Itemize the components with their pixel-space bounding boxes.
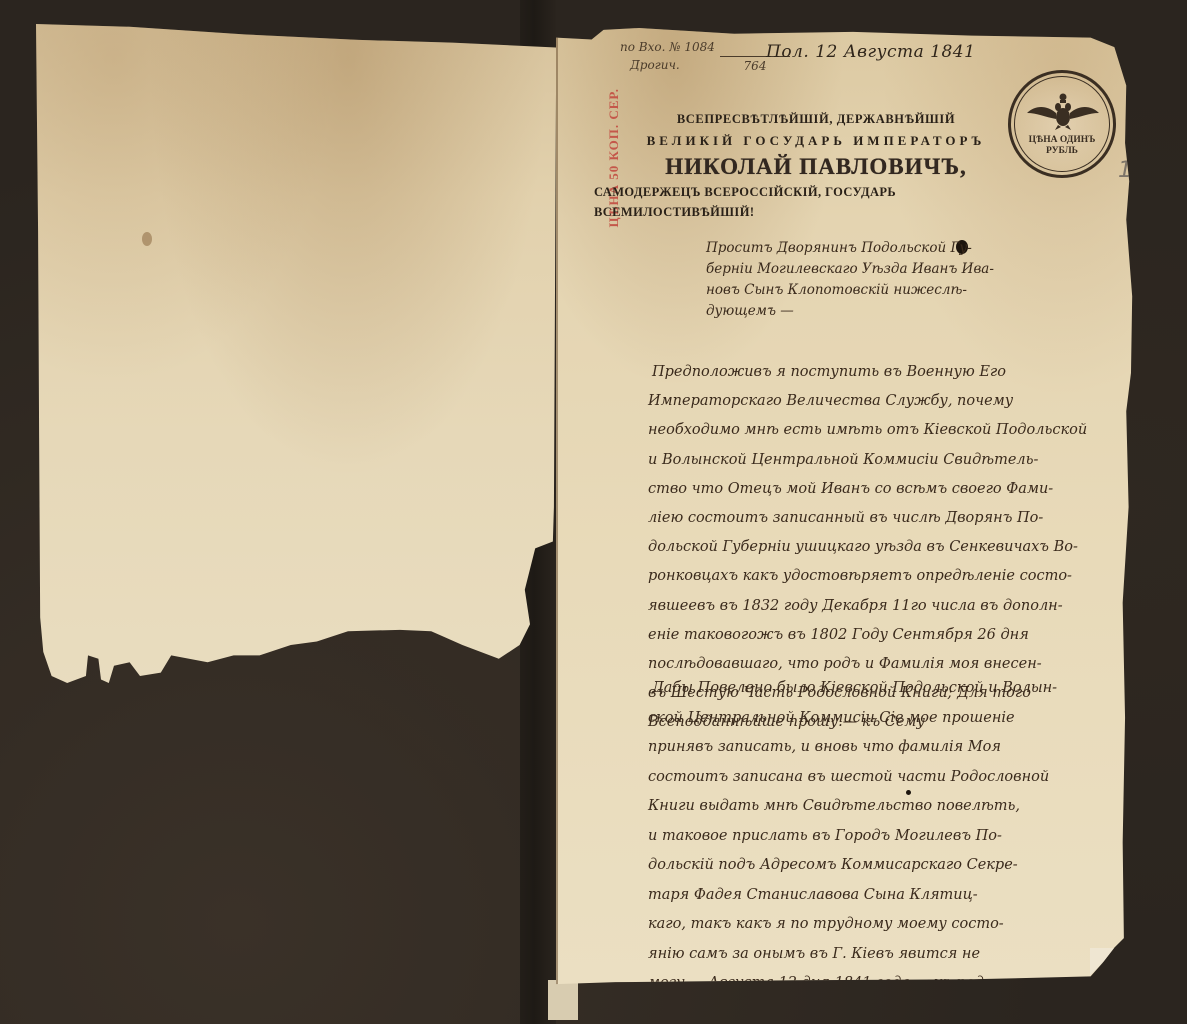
registry-note: по Вхо. № 1084 Дрогич. 764 — [620, 38, 715, 74]
petition-line: каго, такъ какъ я по трудному моему сост… — [648, 910, 1061, 940]
petition-line: принявъ записать, и вновь что фамилія Мо… — [648, 733, 1061, 763]
header-title-line2: ВЕЛИКІЙ ГОСУДАРЬ ИМПЕРАТОРЪ — [596, 130, 1036, 152]
registry-note-line2: Дрогич. — [620, 56, 715, 74]
petition-line: ской Центральной Коммисіи Сіе мое прошен… — [648, 704, 1061, 734]
petition-line: ство что Отецъ мой Иванъ со всѣмъ своего… — [648, 475, 1087, 504]
petition-paragraph-2: Дабы Повелено было Кіевской Подольской и… — [648, 674, 1061, 999]
addressee-block: Проситъ Дворянинъ Подольской Гу- берніи … — [706, 238, 994, 322]
received-date-note: Пол. 12 Августа 1841 — [766, 42, 975, 62]
petition-line: дольской Губерніи ушицкаго уѣзда въ Сенк… — [648, 533, 1087, 562]
inner-page-fold — [548, 980, 578, 1020]
seal-text-line1: ЦѢНА ОДИНЪ — [1011, 135, 1113, 146]
header-title-line4: САМОДЕРЖЕЦЪ ВСЕРОССІЙСКІЙ, ГОСУДАРЬ ВСЕМ… — [594, 182, 1054, 222]
seal-text: ЦѢНА ОДИНЪ РУБЛЬ — [1011, 135, 1113, 157]
petition-line: дольскій подъ Адресомъ Коммисарскаго Сек… — [648, 851, 1061, 881]
paper-stain — [142, 232, 152, 246]
petition-line: Книги выдать мнѣ Свидѣтельство повелѣть, — [648, 792, 1061, 822]
header-title-line1: ВСЕПРЕСВѢТЛѢЙШІЙ, ДЕРЖАВНѢЙШІЙ — [596, 108, 1036, 130]
left-page-blank — [36, 24, 556, 714]
petition-line: явшеевъ въ 1832 году Декабря 11го числа … — [648, 592, 1087, 621]
petition-line: ронковцахъ какъ удостовѣряетъ опредѣлені… — [648, 562, 1087, 591]
petition-line: Дабы Повелено было Кіевской Подольской и… — [648, 674, 1061, 704]
petition-line: ліею состоитъ записанный въ числѣ Дворян… — [648, 504, 1087, 533]
double-headed-eagle-icon — [1025, 91, 1101, 131]
seal-text-line2: РУБЛЬ — [1011, 146, 1113, 157]
petition-line: Императорскаго Величества Службу, почему — [648, 387, 1087, 416]
header-emperor-name: НИКОЛАЙ ПАВЛОВИЧЪ, — [596, 152, 1036, 182]
addressee-line: берніи Могилевскаго Уѣзда Иванъ Ива- — [706, 259, 994, 280]
petition-line: еніе таковогожъ въ 1802 Году Сентября 26… — [648, 621, 1087, 650]
registry-note-line1: по Вхо. № 1084 — [620, 38, 715, 56]
addressee-line: новъ Сынъ Клопотовскій нижеслѣ- — [706, 280, 994, 301]
page-fold-line — [556, 28, 558, 986]
right-page-petition: по Вхо. № 1084 Дрогич. 764 Пол. 12 Авгус… — [556, 28, 1150, 986]
petition-line: состоитъ записана въ шестой части Родосл… — [648, 763, 1061, 793]
addressee-line: Проситъ Дворянинъ Подольской Гу- — [706, 238, 994, 259]
petition-line: и таковое прислать въ Городъ Могилевъ По… — [648, 822, 1061, 852]
petition-line: и Волынской Центральной Коммисіи Свидѣте… — [648, 446, 1087, 475]
stamp-duty-seal: ЦѢНА ОДИНЪ РУБЛЬ — [1008, 70, 1116, 178]
petition-line: янію самъ за онымъ въ Г. Кіевъ явится не — [648, 940, 1061, 970]
printed-header: ВСЕПРЕСВѢТЛѢЙШІЙ, ДЕРЖАВНѢЙШІЙ ВЕЛИКІЙ Г… — [596, 108, 1036, 222]
petition-line: Предположивъ я поступить въ Военную Его — [648, 358, 1087, 387]
petition-line: таря Фадея Станиславова Сына Клятиц- — [648, 881, 1061, 911]
petition-line: необходимо мнѣ есть имѣть отъ Кіевской П… — [648, 416, 1087, 445]
addressee-line: дующемъ — — [706, 301, 994, 322]
